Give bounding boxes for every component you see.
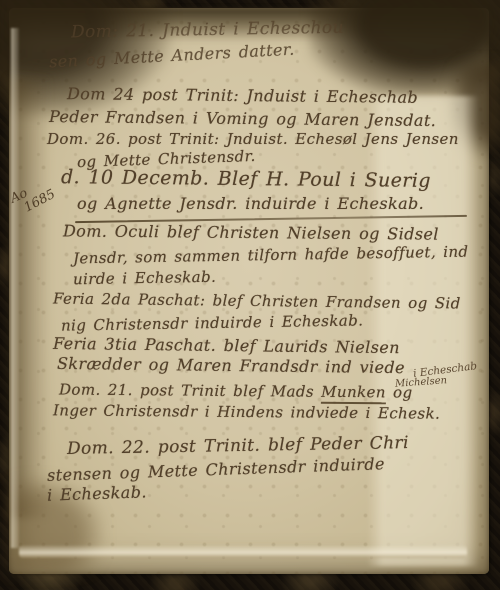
handwriting-line: Dom 24 post Trinit: Jnduist i Echeschab [67, 84, 418, 107]
handwriting-line: Dom. Oculi blef Christen Nielsen og Sids… [63, 221, 439, 243]
handwriting-line: Peder Frandsen i Voming og Maren Jensdat… [49, 107, 436, 130]
handwriting-line: i Echeskab. [47, 482, 147, 504]
handwriting-line: Dom. 26. post Trinit: Jnduist. Echesøl J… [47, 130, 459, 148]
underlined-word: Munken [321, 383, 386, 405]
line-segment: Dom. 21. post Trinit blef Mads [59, 380, 321, 400]
handwriting-line: Dom. 21. post Trinit blef Mads Munken og [59, 380, 413, 401]
handwriting-line: uirde i Echeskab. [73, 268, 217, 288]
line-segment: og [386, 383, 413, 401]
manuscript-photo: Dom: 21. Jnduist i Echeschou sen og Mett… [0, 0, 500, 590]
handwriting-line: Inger Christensdr i Hindens indviede i E… [53, 401, 440, 422]
manuscript-page: Dom: 21. Jnduist i Echeschou sen og Mett… [9, 8, 489, 574]
handwriting-line: og Agnette Jensdr. induirde i Echeskab. [77, 194, 424, 213]
handwriting-line: d. 10 Decemb. Blef H. Poul i Suerig [61, 166, 431, 192]
